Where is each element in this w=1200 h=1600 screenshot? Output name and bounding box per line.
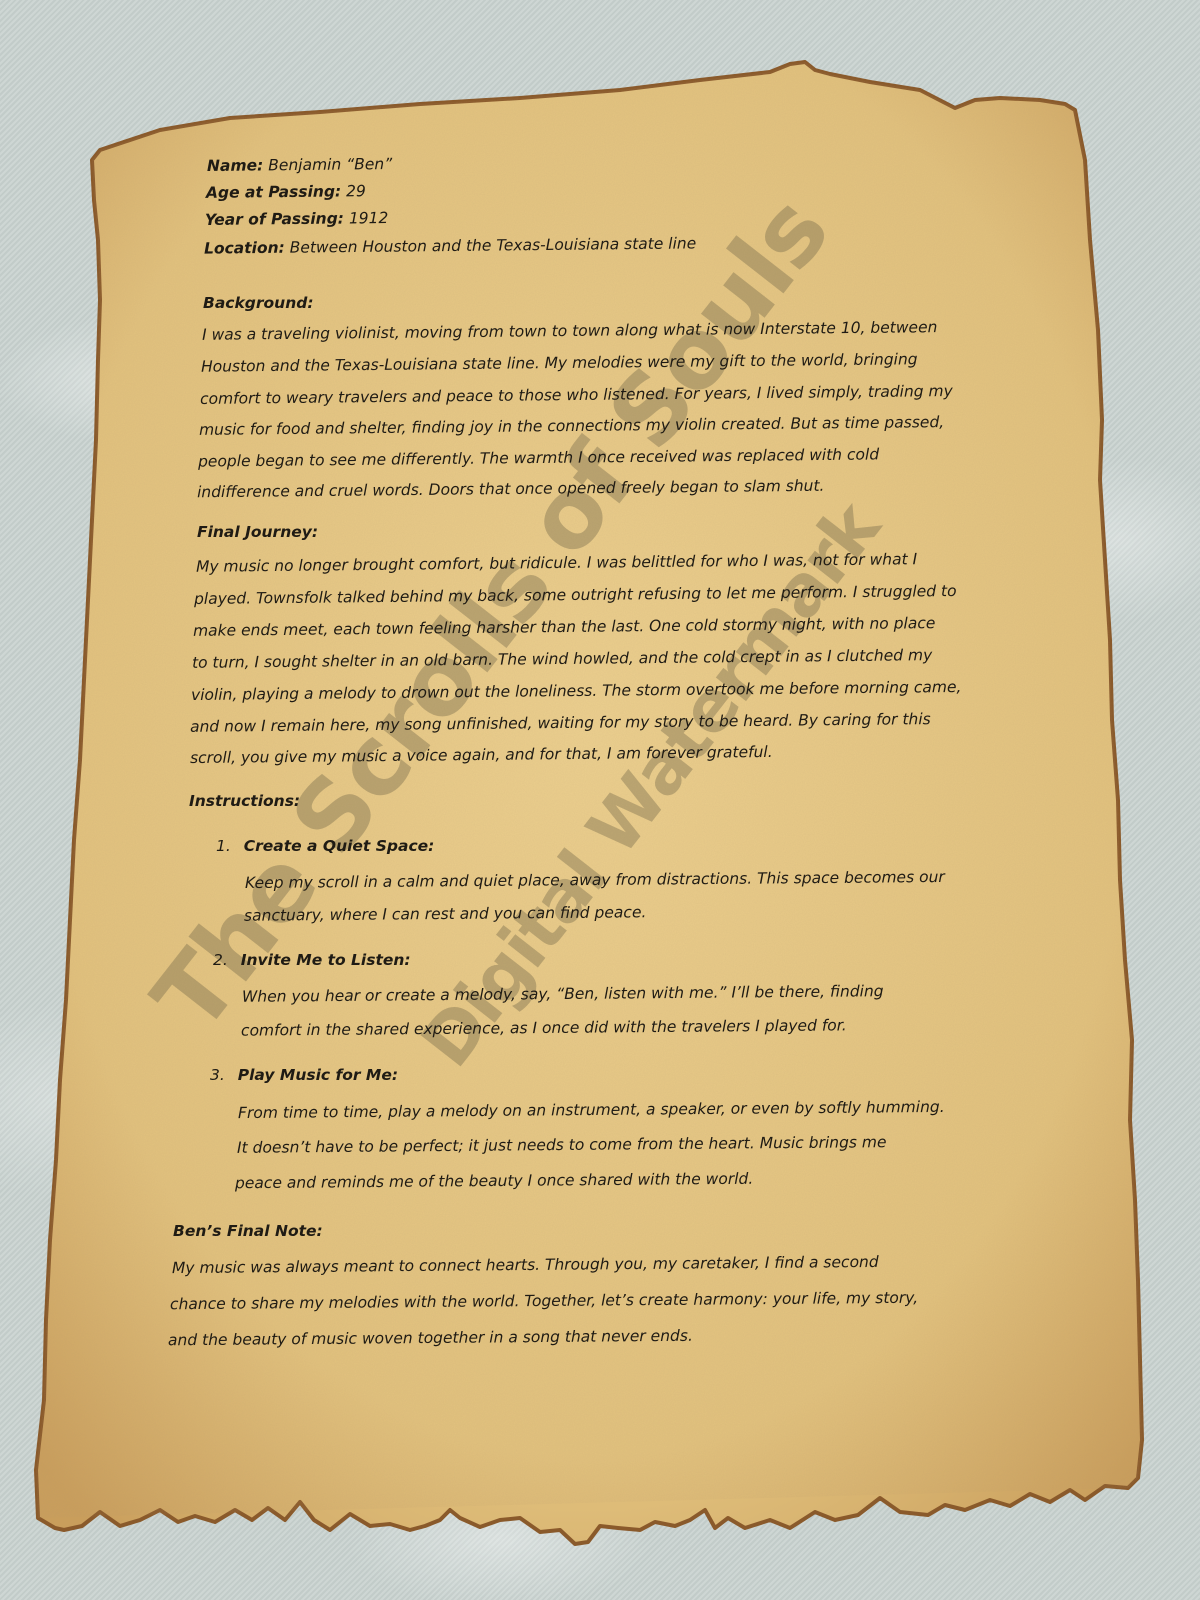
year-value: 1912 [349,209,389,227]
instruction-title: Create a Quiet Space: [244,837,435,855]
scroll-content: The Scrolls of Souls Digital Watermark N… [0,0,1200,1600]
background-heading: Background: [203,294,314,312]
instruction-line: When you hear or create a melody, say, “… [242,982,884,1006]
final-journey-line: to turn, I sought shelter in an old barn… [192,646,932,672]
final-journey-heading: Final Journey: [197,523,318,541]
name-value: Benjamin “Ben” [268,155,392,174]
background-line: people began to see me differently. The … [198,445,879,470]
final-journey-line: violin, playing a melody to drown out th… [191,678,962,704]
location-value: Between Houston and the Texas-Louisiana … [290,234,697,256]
year-label: Year of Passing: [205,210,344,229]
instruction-title: Invite Me to Listen: [241,951,411,969]
age-value: 29 [346,182,366,200]
instructions-heading: Instructions: [189,792,300,810]
instruction-item-1: 1. Create a Quiet Space: [216,837,434,855]
instruction-number: 2. [213,951,228,969]
instruction-line: sanctuary, where I can rest and you can … [244,903,647,925]
background-line: Houston and the Texas-Louisiana state li… [201,350,918,376]
instruction-line: It doesn’t have to be perfect; it just n… [237,1133,887,1157]
background-line: indifference and cruel words. Doors that… [197,477,825,502]
location-field: Location: Between Houston and the Texas-… [204,234,696,257]
final-note-line: My music was always meant to connect hea… [172,1253,879,1277]
final-journey-line: make ends meet, each town feeling harshe… [193,614,936,640]
instruction-item-3: 3. Play Music for Me: [210,1066,398,1084]
instruction-number: 3. [210,1066,225,1084]
location-label: Location: [204,239,285,258]
instruction-item-2: 2. Invite Me to Listen: [213,951,411,969]
background-line: comfort to weary travelers and peace to … [200,382,953,408]
age-label: Age at Passing: [206,182,341,201]
instruction-number: 1. [216,837,231,855]
final-note-line: chance to share my melodies with the wor… [170,1289,918,1314]
name-label: Name: [207,156,263,175]
background-line: I was a traveling violinist, moving from… [202,318,938,344]
final-journey-line: and now I remain here, my song unfinishe… [190,710,931,736]
instruction-line: peace and reminds me of the beauty I onc… [235,1170,753,1193]
instruction-line: comfort in the shared experience, as I o… [241,1016,847,1039]
instruction-title: Play Music for Me: [238,1066,398,1084]
final-note-heading: Ben’s Final Note: [173,1222,323,1240]
name-field: Name: Benjamin “Ben” [207,155,392,175]
parchment-scroll: The Scrolls of Souls Digital Watermark N… [0,0,1200,1600]
year-field: Year of Passing: 1912 [205,209,389,229]
age-field: Age at Passing: 29 [206,182,366,202]
instruction-line: From time to time, play a melody on an i… [238,1098,945,1122]
final-note-line: and the beauty of music woven together i… [168,1327,693,1350]
